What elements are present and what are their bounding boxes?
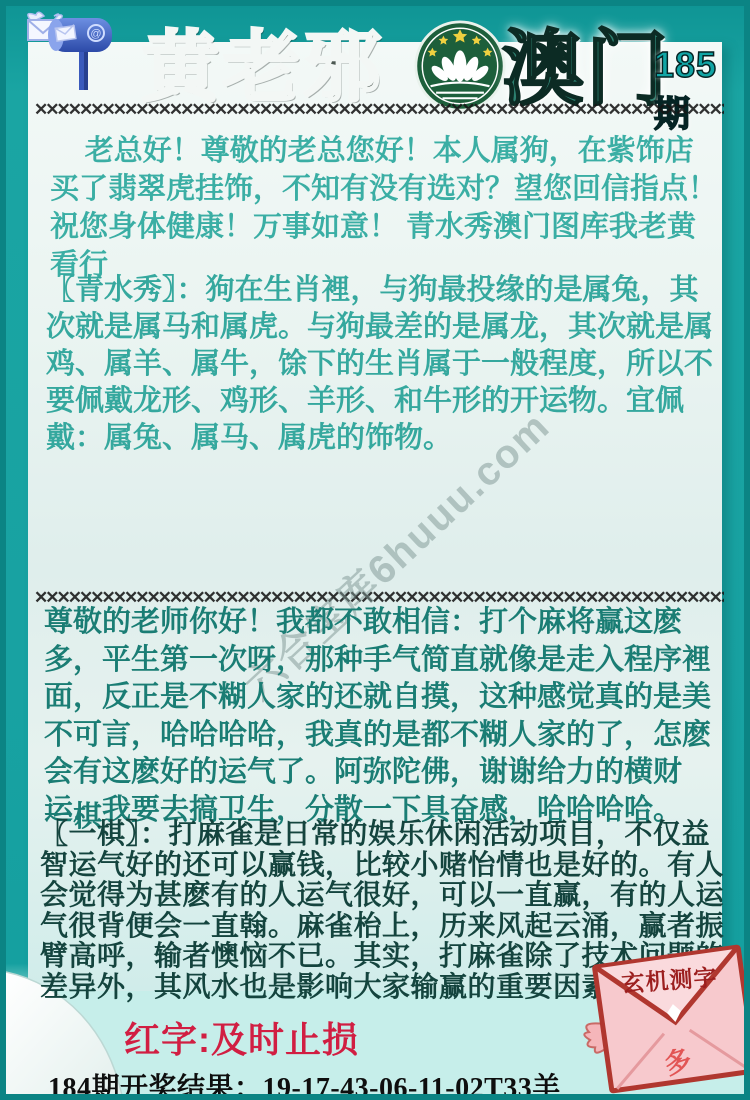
master-reply-1: 〖青水秀〗：狗在生肖裡，与狗最投缘的是属兔，其次就是属马和属虎。与狗最差的是属龙… <box>46 272 726 457</box>
at-symbol: @ <box>90 28 101 40</box>
chain-divider-top: ✕✕✕✕✕✕✕✕✕✕✕✕✕✕✕✕✕✕✕✕✕✕✕✕✕✕✕✕✕✕✕✕✕✕✕✕✕✕✕✕… <box>34 100 724 120</box>
issue-number: 185期 <box>654 44 744 137</box>
fortune-envelope[interactable]: 玄机测字 多 <box>592 944 750 1094</box>
lottery-sheet-page: @ 黄老邪 <box>0 0 750 1100</box>
reader-letter-2: 尊敬的老师你好！我都不敢相信：打个麻将赢这麽多，平生第一次呀，那种手气简直就像是… <box>44 604 726 829</box>
red-tip-text: 红字:及时止损 <box>124 1012 359 1063</box>
macau-lotus-logo <box>414 20 506 112</box>
reader-letter-1: 老总好！尊敬的老总您好！本人属狗，在紫饰店买了翡翠虎挂饰，不知有没有选对？望您回… <box>50 132 722 284</box>
mailbox-icon: @ <box>46 12 118 92</box>
previous-draw-results: 184期开奖结果：19-17-43-06-11-02T33羊 <box>48 1066 561 1100</box>
results-label: 184期开奖结果： <box>48 1073 263 1100</box>
results-numbers: 19-17-43-06-11-02T33羊 <box>263 1073 561 1100</box>
